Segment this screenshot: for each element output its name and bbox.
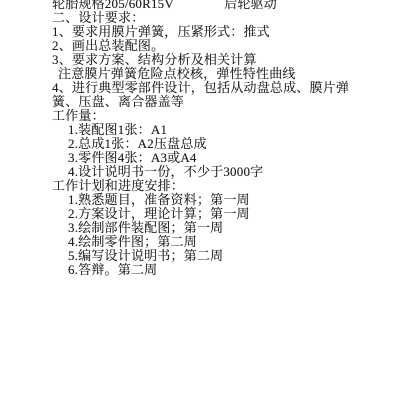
document-page: 轮胎规格205/60R15V 后轮驱动 二、设计要求： 1、要求用膜片弹簧，压紧… xyxy=(0,0,400,400)
workload-item-2: 2.总成1张：A2压盘总成 xyxy=(52,137,398,151)
requirement-item-4-line-1: 4、进行典型零部件设计，包括从动盘总成、膜片弹 xyxy=(52,81,398,95)
schedule-item-5: 5.编写设计说明书；第二周 xyxy=(52,249,398,263)
requirement-item-3: 3、要求方案、结构分析及相关计算 xyxy=(52,53,398,67)
document-text-block: 轮胎规格205/60R15V 后轮驱动 二、设计要求： 1、要求用膜片弹簧，压紧… xyxy=(52,0,398,277)
schedule-item-2: 2.方案设计，理论计算；第一周 xyxy=(52,207,398,221)
drive-type-text: 后轮驱动 xyxy=(224,0,277,11)
schedule-item-6: 6.答辩。第二周 xyxy=(52,263,398,277)
requirement-item-3-note: 注意膜片弹簧危险点校核，弹性特性曲线 xyxy=(52,67,398,81)
workload-item-1: 1.装配图1张：A1 xyxy=(52,123,398,137)
schedule-item-4: 4.绘制零件图；第二周 xyxy=(52,235,398,249)
workload-item-4: 4.设计说明书一份，不少于3000字 xyxy=(52,165,398,179)
requirement-item-2: 2、画出总装配图。 xyxy=(52,39,398,53)
schedule-item-1: 1.熟悉题目，准备资料；第一周 xyxy=(52,193,398,207)
workload-item-3: 3.零件图4张：A3或A4 xyxy=(52,151,398,165)
workload-heading: 工作量： xyxy=(52,109,398,123)
design-requirements-heading: 二、设计要求： xyxy=(52,11,398,25)
schedule-item-3: 3.绘制部件装配图；第一周 xyxy=(52,221,398,235)
requirement-item-1: 1、要求用膜片弹簧，压紧形式：推式 xyxy=(52,25,398,39)
requirement-item-4-line-2: 簧、压盘、离合器盖等 xyxy=(52,95,398,109)
schedule-heading: 工作计划和进度安排： xyxy=(52,179,398,193)
